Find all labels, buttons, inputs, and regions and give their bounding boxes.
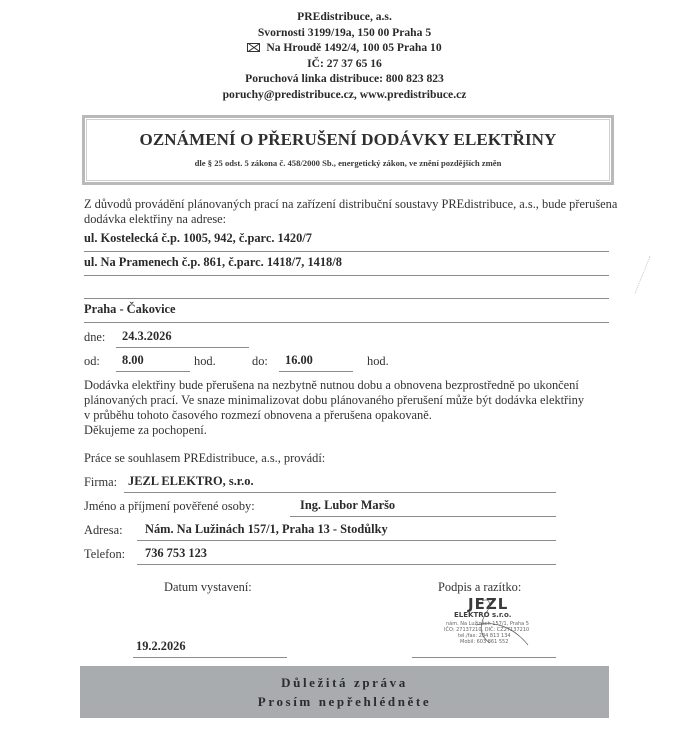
envelope-icon — [247, 43, 260, 52]
locality-line: Praha - Čakovice — [84, 299, 609, 323]
from-unit: hod. — [194, 351, 216, 371]
signature-scribble-icon — [420, 595, 550, 655]
address-line-3 — [84, 275, 609, 299]
address-line-1: ul. Kostelecká č.p. 1005, 942, č.parc. 1… — [84, 228, 609, 252]
info-text: Dodávka elektřiny bude přerušena na nezb… — [84, 378, 624, 438]
notice-title-frame: OZNÁMENÍ O PŘERUŠENÍ DODÁVKY ELEKTŘINY d… — [82, 115, 614, 185]
contractor-intro: Práce se souhlasem PREdistribuce, a.s., … — [84, 451, 624, 466]
contractor-person: Ing. Lubor Maršo — [300, 498, 395, 512]
issue-date: 19.2.2026 — [136, 639, 186, 653]
to-time: 16.00 — [285, 353, 313, 367]
company-name: PREdistribuce, a.s. — [0, 9, 675, 25]
date-label: dne: — [84, 327, 105, 347]
signature-line — [412, 657, 556, 658]
intro-text: Z důvodů provádění plánovaných prací na … — [84, 197, 624, 227]
phone-label: Telefon: — [84, 544, 125, 564]
company-field: JEZL ELEKTRO, s.r.o. — [124, 471, 556, 493]
info-line-1: Dodávka elektřiny bude přerušena na nezb… — [84, 378, 624, 393]
from-field: 8.00 — [116, 350, 190, 372]
company-stamp: JEZL ELEKTRO s.r.o. nám. Na Lužinách 157… — [420, 595, 550, 655]
company-contacts[interactable]: poruchy@predistribuce.cz, www.predistrib… — [0, 87, 675, 103]
from-label: od: — [84, 351, 100, 371]
phone-field: 736 753 123 — [137, 543, 556, 565]
hotline: Poruchová linka distribuce: 800 823 823 — [0, 71, 675, 87]
from-time: 8.00 — [122, 353, 144, 367]
company-address: Svornosti 3199/19a, 150 00 Praha 5 — [0, 25, 675, 41]
thanks-line: Děkujeme za pochopení. — [84, 423, 624, 438]
banner-line-2: Prosím nepřehlédněte — [80, 692, 609, 711]
banner-line-1: Důležitá zpráva — [80, 673, 609, 692]
postal-address: Na Hroudě 1492/4, 100 05 Praha 10 — [266, 41, 441, 54]
contractor-company: JEZL ELEKTRO, s.r.o. — [128, 474, 254, 488]
info-line-2: plánovaných prací. Ve snaze minimalizova… — [84, 393, 624, 408]
issue-date-field: 19.2.2026 — [133, 636, 287, 658]
date-field: 24.3.2026 — [116, 326, 249, 348]
signature-label: Podpis a razítko: — [438, 577, 521, 597]
contractor-phone: 736 753 123 — [145, 546, 207, 560]
outage-date: 24.3.2026 — [122, 329, 172, 343]
company-label: Firma: — [84, 472, 117, 492]
postal-address-row: Na Hroudě 1492/4, 100 05 Praha 10 — [0, 40, 675, 56]
legal-basis: dle § 25 odst. 5 zákona č. 458/2000 Sb.,… — [85, 158, 611, 168]
person-label: Jméno a příjmení pověřené osoby: — [84, 496, 255, 516]
to-field: 16.00 — [279, 350, 353, 372]
contractor-address: Nám. Na Lužinách 157/1, Praha 13 - Stodů… — [145, 522, 388, 536]
important-banner: Důležitá zpráva Prosím nepřehlédněte — [80, 666, 609, 718]
scan-artifact — [635, 256, 652, 294]
to-unit: hod. — [367, 351, 389, 371]
contractor-address-field: Nám. Na Lužinách 157/1, Praha 13 - Stodů… — [137, 519, 556, 541]
to-label: do: — [252, 351, 268, 371]
address-line-2: ul. Na Pramenech č.p. 861, č.parc. 1418/… — [84, 252, 609, 276]
issue-date-label: Datum vystavení: — [164, 577, 252, 597]
notice-title: OZNÁMENÍ O PŘERUŠENÍ DODÁVKY ELEKTŘINY — [85, 130, 611, 150]
info-line-3: v průběhu tohoto časového rozmezí obnove… — [84, 408, 624, 423]
company-ico: IČ: 27 37 65 16 — [0, 56, 675, 72]
company-header: PREdistribuce, a.s. Svornosti 3199/19a, … — [0, 9, 675, 103]
person-field: Ing. Lubor Maršo — [290, 495, 556, 517]
contractor-address-label: Adresa: — [84, 520, 123, 540]
